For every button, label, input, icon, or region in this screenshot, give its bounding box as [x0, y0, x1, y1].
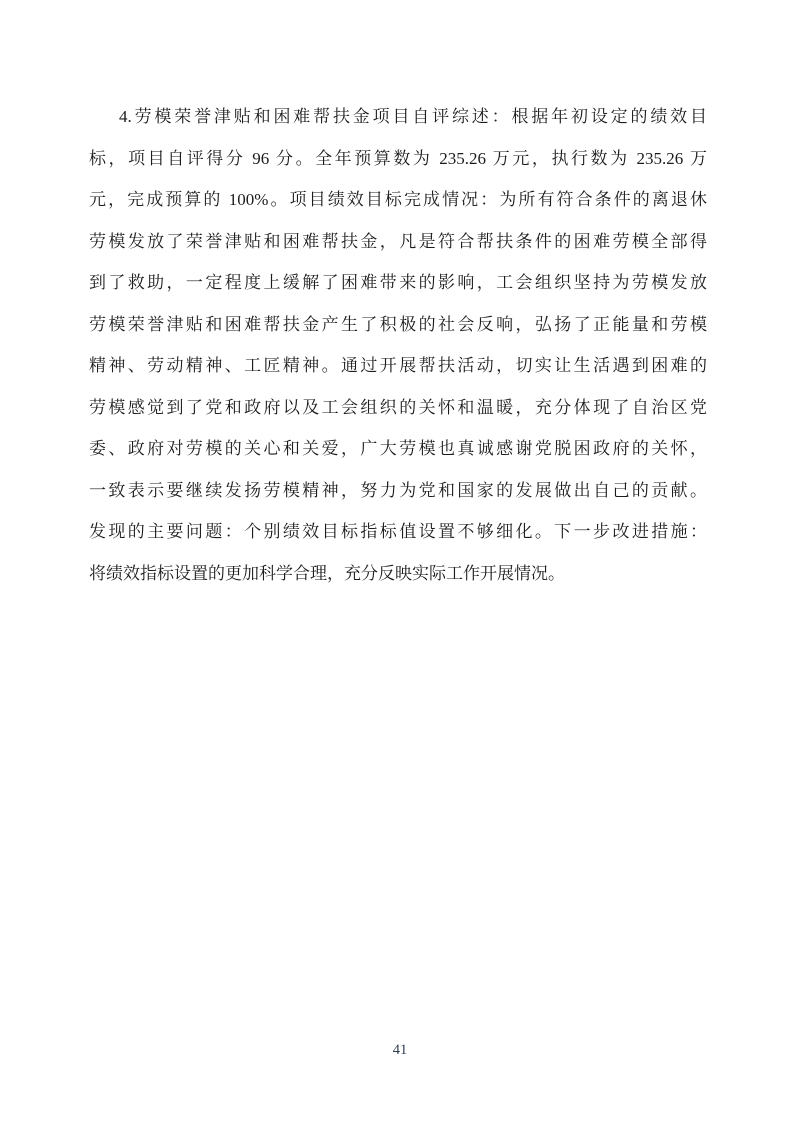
text-line: 标，项目自评得分 96 分。全年预算数为 235.26 万元，执行数为 235.… — [89, 138, 707, 180]
page-number: 41 — [0, 1042, 800, 1059]
self-evaluation-paragraph: 4.劳模荣誉津贴和困难帮扶金项目自评综述：根据年初设定的绩效目 标，项目自评得分… — [89, 96, 707, 594]
document-page: 4.劳模荣誉津贴和困难帮扶金项目自评综述：根据年初设定的绩效目 标，项目自评得分… — [0, 0, 800, 1131]
text-line: 劳模荣誉津贴和困难帮扶金产生了积极的社会反响，弘扬了正能量和劳模 — [89, 304, 707, 346]
text-line: 劳模发放了荣誉津贴和困难帮扶金，凡是符合帮扶条件的困难劳模全部得 — [89, 221, 707, 263]
text-line: 劳模感觉到了党和政府以及工会组织的关怀和温暖，充分体现了自治区党 — [89, 387, 707, 429]
text-line: 委、政府对劳模的关心和关爱，广大劳模也真诚感谢党脱困政府的关怀， — [89, 428, 707, 470]
text-line: 4.劳模荣誉津贴和困难帮扶金项目自评综述：根据年初设定的绩效目 — [89, 96, 707, 138]
text-line: 精神、劳动精神、工匠精神。通过开展帮扶活动，切实让生活遇到困难的 — [89, 345, 707, 387]
text-line: 将绩效指标设置的更加科学合理，充分反映实际工作开展情况。 — [89, 553, 707, 595]
text-line: 元，完成预算的 100%。项目绩效目标完成情况：为所有符合条件的离退休 — [89, 179, 707, 221]
text-line: 到了救助，一定程度上缓解了困难带来的影响，工会组织坚持为劳模发放 — [89, 262, 707, 304]
text-line: 发现的主要问题：个别绩效目标指标值设置不够细化。下一步改进措施： — [89, 511, 707, 553]
text-line: 一致表示要继续发扬劳模精神，努力为党和国家的发展做出自己的贡献。 — [89, 470, 707, 512]
